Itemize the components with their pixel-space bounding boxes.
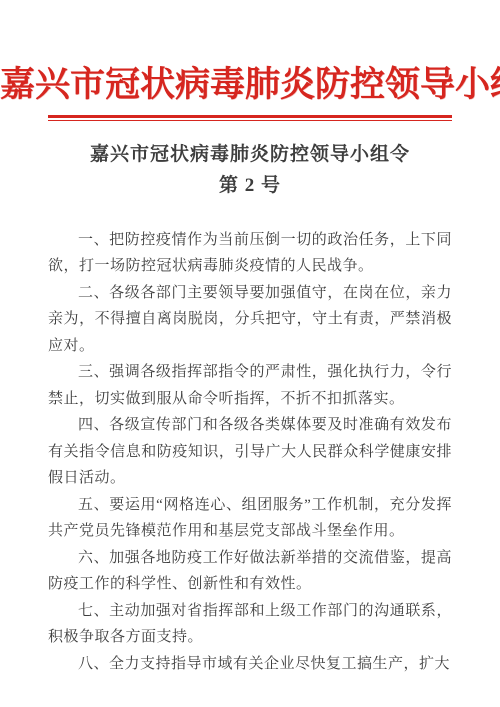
document-number: 第 2 号	[0, 170, 500, 197]
divider-thin-line	[48, 120, 452, 121]
document-paragraph-5: 五、要运用“网格连心、组团服务”工作机制，充分发挥共产党员先锋模范作用和基层党支…	[48, 492, 452, 545]
document-paragraph-6: 六、加强各地防疫工作好做法新举措的交流借鉴，提高防疫工作的科学性、创新性和有效性…	[48, 545, 452, 598]
red-divider	[48, 115, 452, 121]
document-page: 嘉兴市冠状病毒肺炎防控领导小组 嘉兴市冠状病毒肺炎防控领导小组令 第 2 号 一…	[0, 0, 500, 707]
document-paragraph-8: 八、全力支持指导市域有关企业尽快复工搞生产，扩大	[48, 651, 452, 678]
document-title: 嘉兴市冠状病毒肺炎防控领导小组令	[0, 143, 500, 167]
letterhead-title: 嘉兴市冠状病毒肺炎防控领导小组	[0, 64, 500, 106]
document-body: 一、把防控疫情作为当前压倒一切的政治任务，上下同欲，打一场防控冠状病毒肺炎疫情的…	[48, 227, 452, 678]
document-paragraph-7: 七、主动加强对省指挥部和上级工作部门的沟通联系，积极争取各方面支持。	[48, 598, 452, 651]
document-paragraph-3: 三、强调各级指挥部指令的严肃性，强化执行力，令行禁止，切实做到服从命令听指挥，不…	[48, 359, 452, 412]
document-paragraph-2: 二、各级各部门主要领导要加强值守，在岗在位，亲力亲为，不得擅自离岗脱岗，分兵把守…	[48, 280, 452, 360]
document-paragraph-1: 一、把防控疫情作为当前压倒一切的政治任务，上下同欲，打一场防控冠状病毒肺炎疫情的…	[48, 227, 452, 280]
divider-thick-line	[48, 115, 452, 118]
document-paragraph-4: 四、各级宣传部门和各级各类媒体要及时准确有效发布有关指令信息和防疫知识，引导广大…	[48, 412, 452, 492]
